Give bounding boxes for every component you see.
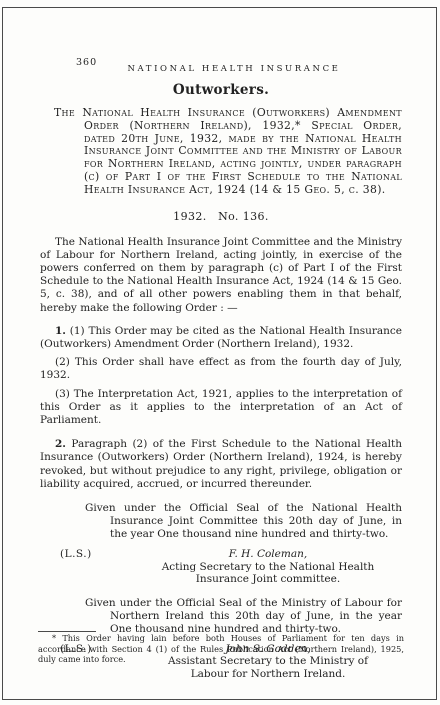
signatory-role-line: Insurance Joint committee. <box>134 573 402 586</box>
seal-mark: (L.S.) <box>60 548 92 560</box>
article-1-sub2: (2) This Order shall have effect as from… <box>40 356 402 382</box>
article-number: 1. <box>55 325 66 337</box>
page-header: 360 NATIONAL HEALTH INSURANCE <box>40 56 402 69</box>
order-heading: The National Health Insurance (Outworker… <box>54 107 402 197</box>
article-1: 1. (1) This Order may be cited as the Na… <box>40 325 402 351</box>
article-number: 2. <box>55 438 66 450</box>
footnote-text: * This Order having lain before both Hou… <box>38 633 404 665</box>
page-number: 360 <box>76 57 97 68</box>
signature-row-joint-committee: (L.S.) F. H. Coleman, Acting Secretary t… <box>40 548 402 586</box>
article-2: 2. Paragraph (2) of the First Schedule t… <box>40 438 402 491</box>
article-text: (3) The Interpretation Act, 1921, applie… <box>40 388 402 426</box>
footnote-separator <box>38 631 96 632</box>
preamble-paragraph: The National Health Insurance Joint Comm… <box>40 236 402 315</box>
running-title: NATIONAL HEALTH INSURANCE <box>128 64 341 74</box>
article-text: (1) This Order may be cited as the Natio… <box>40 325 402 350</box>
testimonium-joint-committee: Given under the Official Seal of the Nat… <box>85 502 402 541</box>
signatory-name: F. H. Coleman, <box>134 548 402 561</box>
signatory-role-line: Labour for Northern Ireland. <box>134 668 402 681</box>
article-text: (2) This Order shall have effect as from… <box>40 356 402 381</box>
signature-block: F. H. Coleman, Acting Secretary to the N… <box>134 548 402 586</box>
section-title: Outworkers. <box>40 82 402 98</box>
footnote: * This Order having lain before both Hou… <box>38 631 404 665</box>
testimonium-ministry-of-labour: Given under the Official Seal of the Min… <box>85 597 402 636</box>
citation-line: 1932. No. 136. <box>40 210 402 223</box>
signatory-role-line: Acting Secretary to the National Health <box>134 561 402 574</box>
document-page: 360 NATIONAL HEALTH INSURANCE Outworkers… <box>0 0 440 705</box>
article-text: Paragraph (2) of the First Schedule to t… <box>40 438 402 490</box>
article-1-sub3: (3) The Interpretation Act, 1921, applie… <box>40 388 402 428</box>
